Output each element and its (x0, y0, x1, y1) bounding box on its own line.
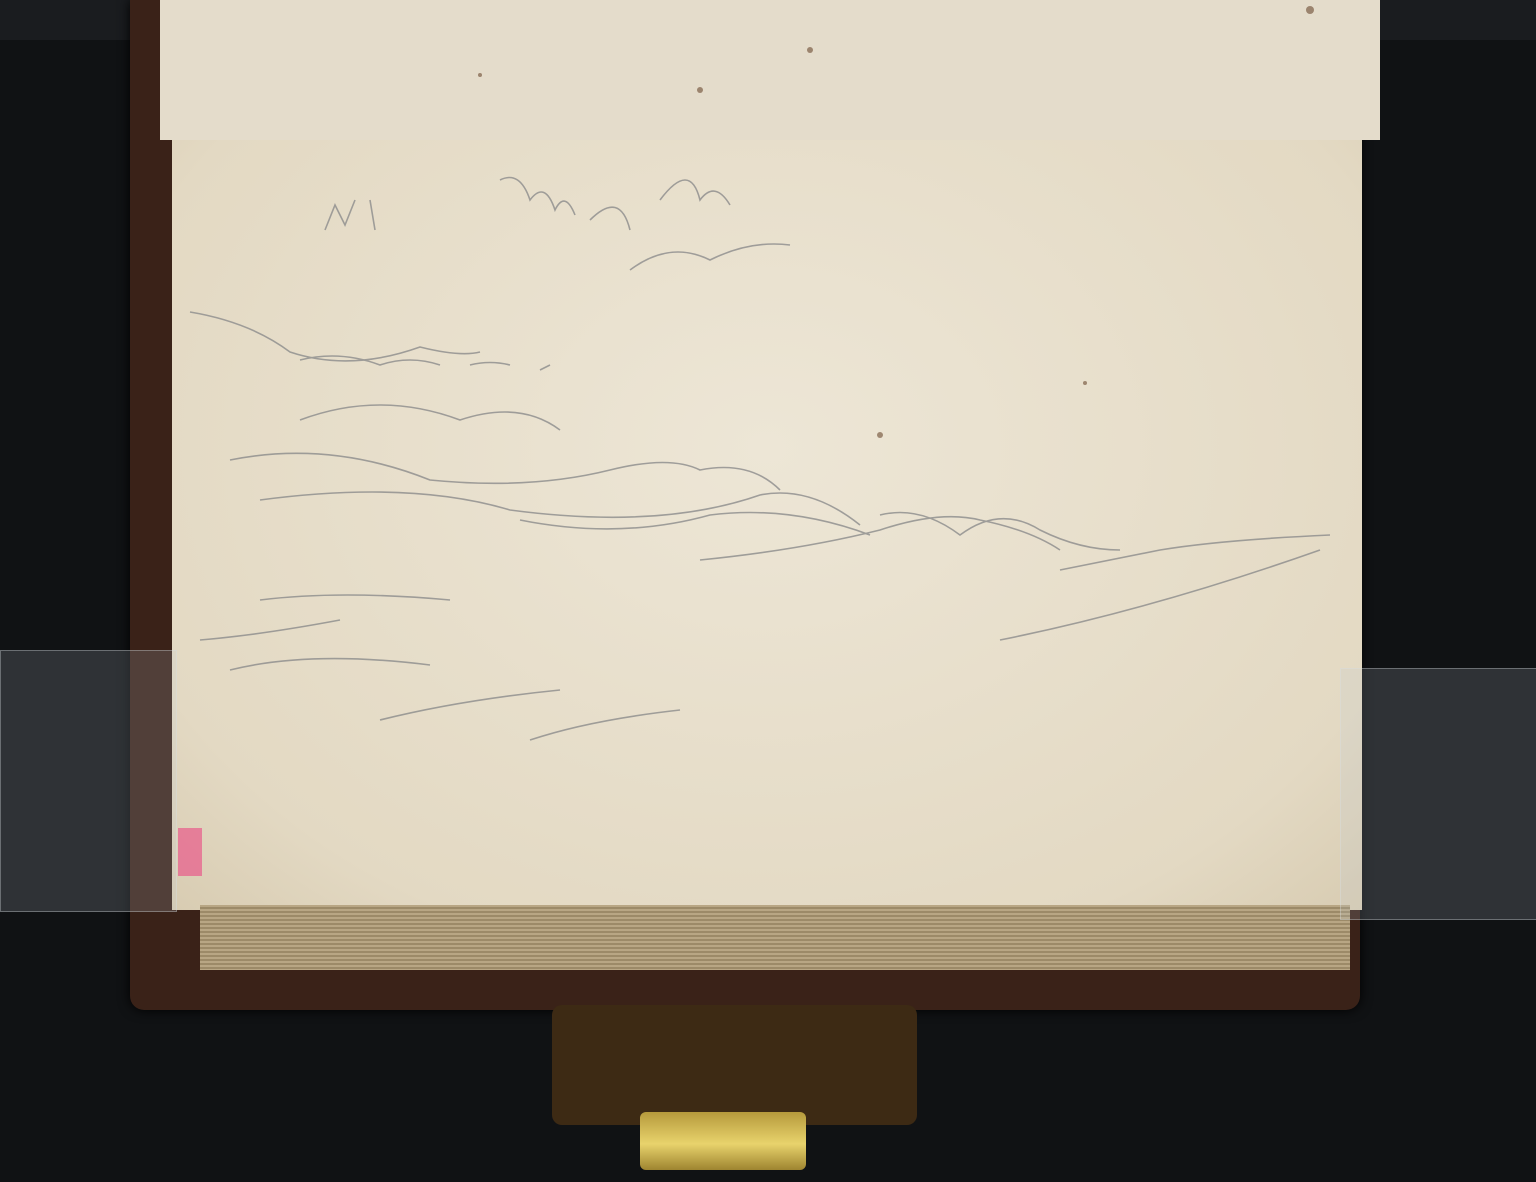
pencil-sketch (0, 0, 1536, 1182)
